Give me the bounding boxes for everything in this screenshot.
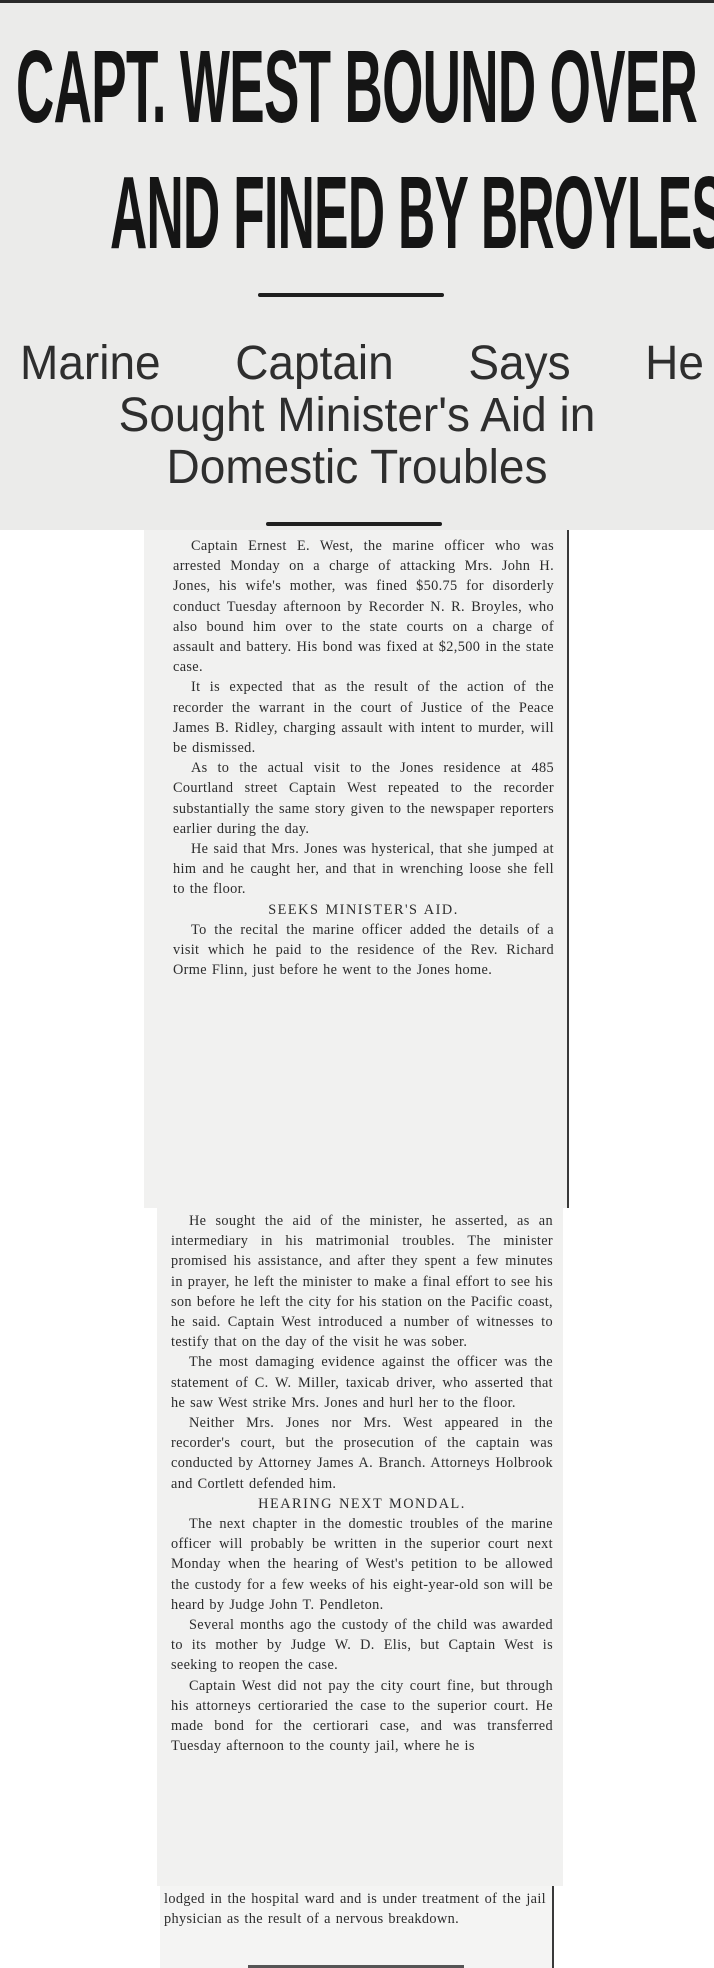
article-column-2: He sought the aid of the minister, he as… [157, 1208, 563, 1886]
article-paragraph: The most damaging evidence against the o… [171, 1352, 553, 1413]
divider-rule [266, 522, 442, 526]
deck-line-3: Domestic Troubles [0, 442, 714, 490]
divider-rule [258, 293, 444, 297]
article-paragraph: Several months ago the custody of the ch… [171, 1615, 553, 1676]
headline-block: CAPT. WEST BOUND OVER AND FINED BY BROYL… [0, 0, 714, 530]
article-paragraph: It is expected that as the result of the… [173, 677, 554, 758]
subheading: SEEKS MINISTER'S AID. [173, 900, 554, 920]
article-column-1: Captain Ernest E. West, the marine offic… [144, 530, 569, 1208]
headline-line-1: CAPT. WEST BOUND OVER [16, 27, 697, 147]
article-paragraph: lodged in the hospital ward and is under… [164, 1889, 546, 1929]
deck-word: Captain [235, 338, 394, 386]
article-column-3: lodged in the hospital ward and is under… [160, 1886, 554, 1968]
article-paragraph: Captain West did not pay the city court … [171, 1676, 553, 1757]
article-paragraph: Neither Mrs. Jones nor Mrs. West appeare… [171, 1413, 553, 1494]
deck-word: He [645, 338, 704, 386]
article-paragraph: To the recital the marine officer added … [173, 920, 554, 981]
article-paragraph: He said that Mrs. Jones was hysterical, … [173, 839, 554, 900]
article-paragraph: Captain Ernest E. West, the marine offic… [173, 536, 554, 677]
deck-line-1: Marine Captain Says He [0, 338, 714, 386]
headline-line-2: AND FINED BY BROYLES [110, 153, 714, 273]
article-paragraph: He sought the aid of the minister, he as… [171, 1211, 553, 1352]
subheading: HEARING NEXT MONDAL. [171, 1494, 553, 1514]
deck-line-2: Sought Minister's Aid in [0, 390, 714, 438]
deck-word: Marine [20, 338, 161, 386]
article-paragraph: The next chapter in the domestic trouble… [171, 1514, 553, 1615]
deck-word: Says [468, 338, 570, 386]
article-paragraph: As to the actual visit to the Jones resi… [173, 758, 554, 839]
